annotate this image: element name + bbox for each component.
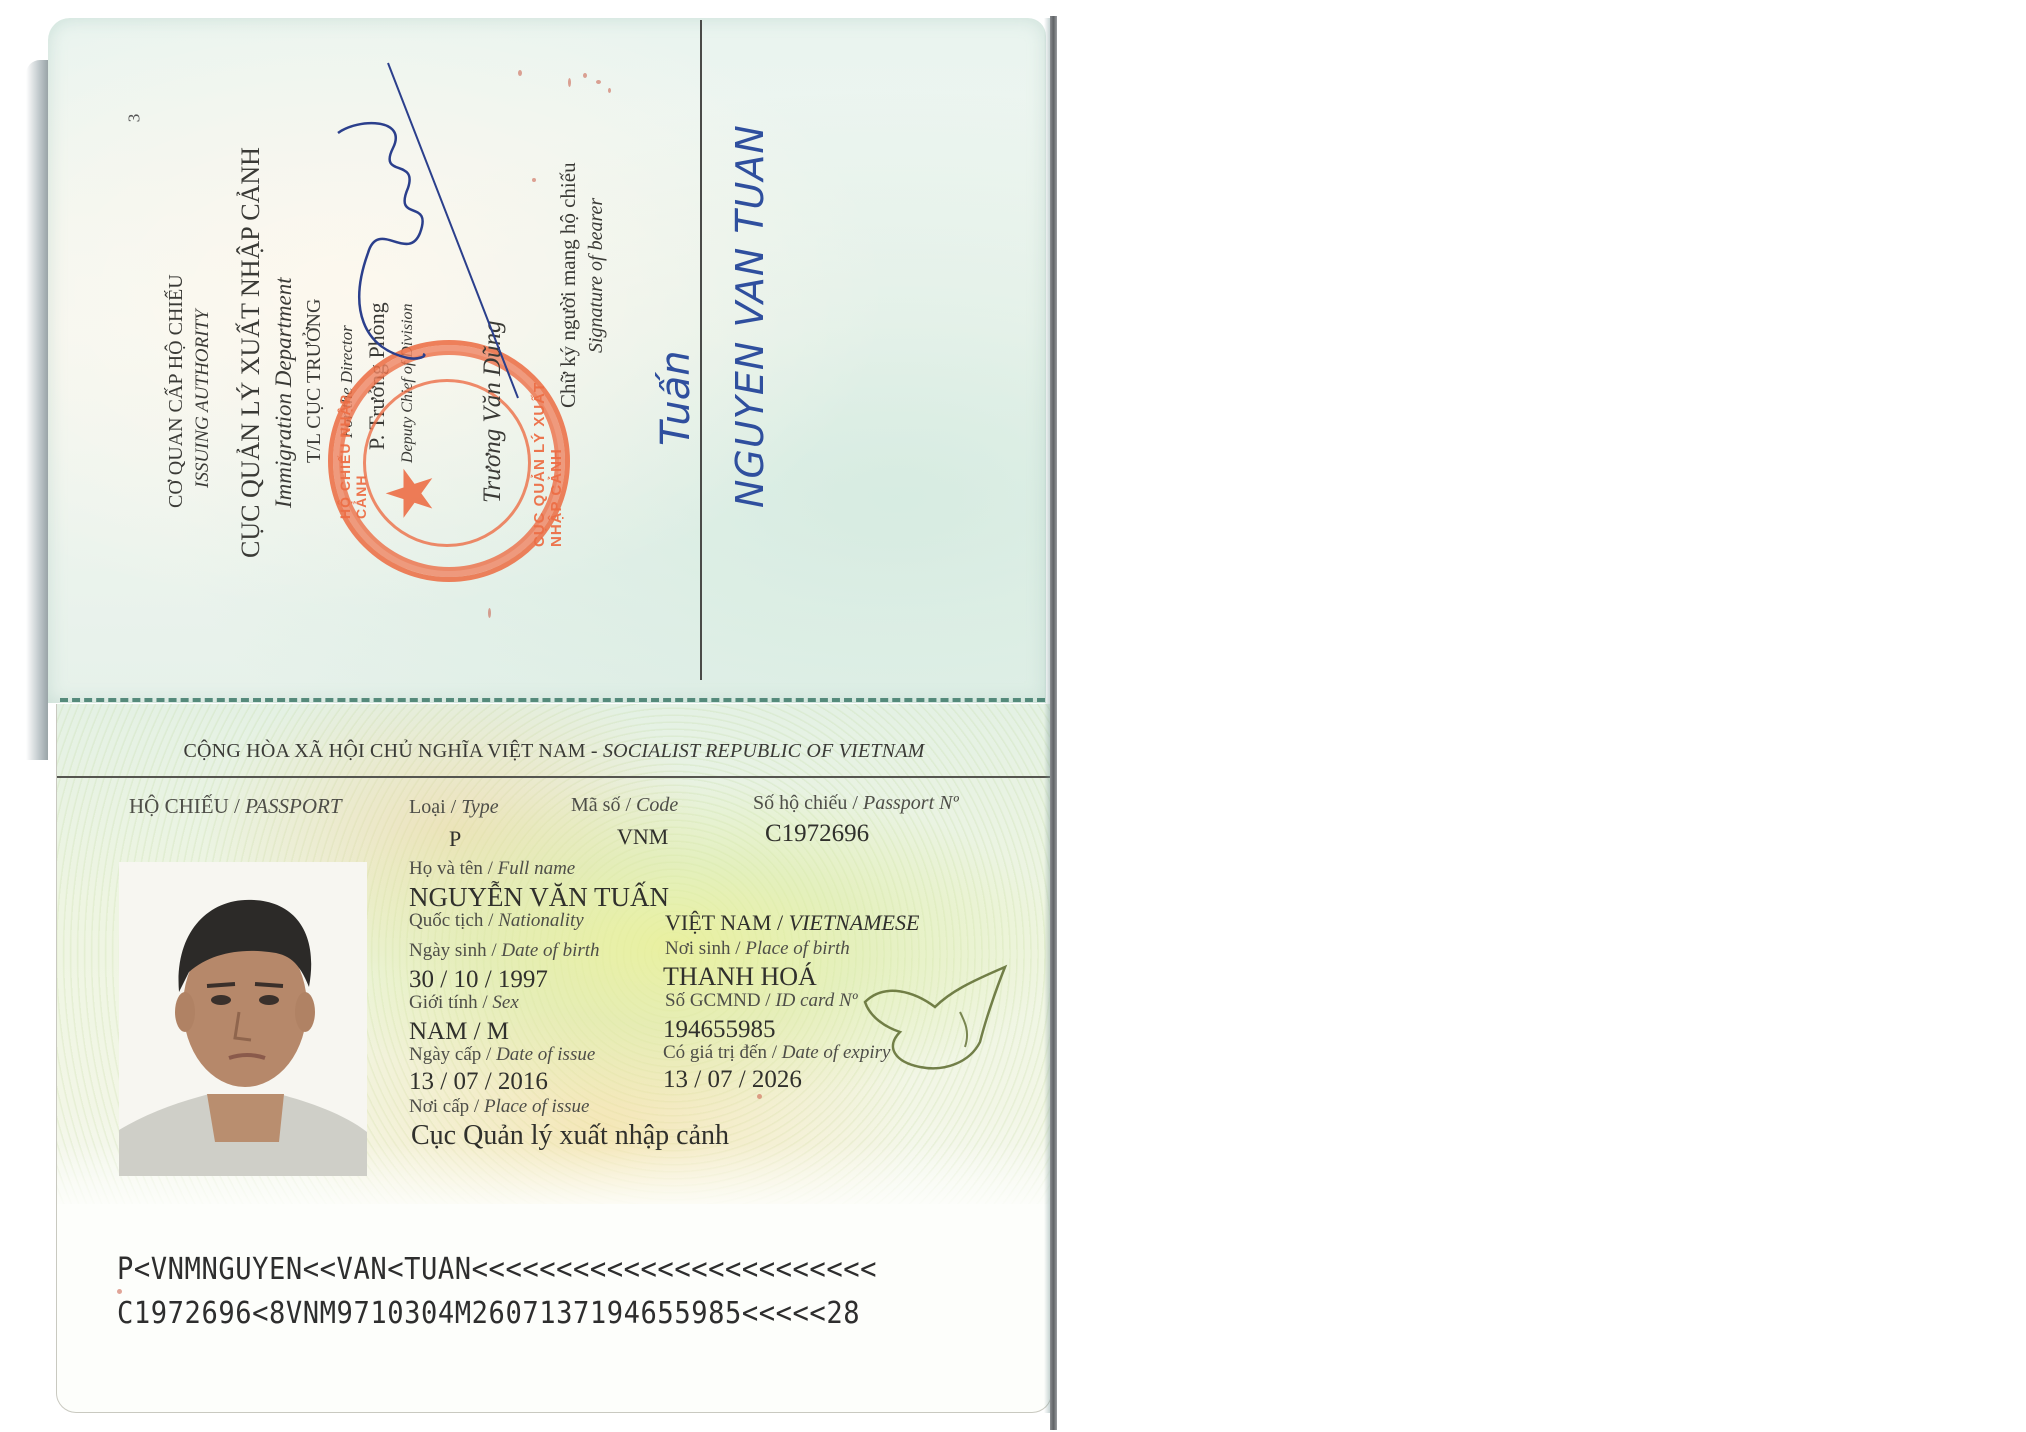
place-of-issue-label-vi: Nơi cấp / [409,1096,484,1117]
type-label-vi: Loại / [409,796,461,818]
sex-label-vi: Giới tính / [409,992,492,1013]
bearer-signature-label-vi: Chữ ký người mang hộ chiếu [558,162,579,408]
portrait-icon [119,862,367,1176]
ink-speck [117,1289,122,1294]
code-label-en: Code [636,794,678,816]
full-name-label-vi: Họ và tên / [409,858,498,879]
nationality-value-vi: VIỆT NAM / [665,910,789,935]
sex-value: NAM / M [409,1018,509,1046]
dove-watermark-icon [855,962,1015,1082]
full-name-value: NGUYỄN VĂN TUẤN [409,882,669,913]
official-signature [48,18,1046,703]
document-label: HỘ CHIẾU / PASSPORT [129,794,342,819]
nationality-value-en: VIETNAMESE [789,910,920,935]
id-card-label-en: ID card Nº [775,990,857,1011]
passport-no-label: Số hộ chiếu / Passport Nº [753,792,959,815]
date-of-issue-label-en: Date of issue [496,1044,595,1065]
date-of-birth-label-en: Date of birth [501,940,599,961]
ink-speck [757,1094,762,1099]
id-card-label-vi: Số GCMND / [665,990,775,1011]
passport-no-label-vi: Số hộ chiếu / [753,792,863,814]
code-value: VNM [617,824,668,850]
nationality-label: Quốc tịch / Nationality [409,910,584,932]
document-label-en: PASSPORT [245,794,341,818]
date-of-expiry-value: 13 / 07 / 2026 [663,1066,802,1094]
nationality-value: VIỆT NAM / VIETNAMESE [665,910,919,936]
document-label-vi: HỘ CHIẾU / [129,794,245,818]
date-of-birth-value: 30 / 10 / 1997 [409,966,548,994]
bearer-signature-label-en: Signature of bearer [586,198,606,353]
bearer-handwritten-signature: Tuấn [653,350,699,446]
date-of-expiry-label-vi: Có giá trị đến / [663,1042,782,1063]
scan-edge-line [1050,16,1057,1430]
sex-label: Giới tính / Sex [409,992,519,1014]
place-of-birth-value: THANH HOÁ [663,962,817,992]
passport-no-label-en: Passport Nº [863,792,959,814]
page-perforation [60,698,1045,702]
mrz-line-2: C1972696<8VNM9710304M2607137194655985<<<… [117,1296,860,1331]
place-of-birth-label-vi: Nơi sinh / [665,938,745,959]
place-of-birth-label: Nơi sinh / Place of birth [665,938,850,960]
date-of-issue-value: 13 / 07 / 2016 [409,1068,548,1096]
passport-no-value: C1972696 [765,820,869,848]
id-card-value: 194655985 [663,1016,776,1044]
booklet-left-shadow [26,60,48,760]
sex-label-en: Sex [492,992,518,1013]
type-value: P [449,826,461,852]
id-card-label: Số GCMND / ID card Nº [665,990,858,1012]
place-of-issue-value: Cục Quản lý xuất nhập cảnh [411,1120,729,1152]
code-label: Mã số / Code [571,794,678,817]
date-of-issue-label: Ngày cấp / Date of issue [409,1044,595,1066]
passport-data-page: CỘNG HÒA XÃ HỘI CHỦ NGHĨA VIỆT NAM - SOC… [56,704,1052,1413]
date-of-birth-label: Ngày sinh / Date of birth [409,940,600,962]
country-header: CỘNG HÒA XÃ HỘI CHỦ NGHĨA VIỆT NAM - SOC… [57,740,1051,763]
observation-page: 3 CƠ QUAN CẤP HỘ CHIẾU ISSUING AUTHORITY… [48,18,1046,703]
full-name-label: Họ và tên / Full name [409,858,575,880]
place-of-birth-label-en: Place of birth [745,938,849,959]
type-label: Loại / Type [409,796,499,819]
mrz-line-1: P<VNMNGUYEN<<VAN<TUAN<<<<<<<<<<<<<<<<<<<… [117,1252,877,1287]
code-label-vi: Mã số / [571,794,636,816]
country-header-en: SOCIALIST REPUBLIC OF VIETNAM [603,740,925,762]
nationality-label-vi: Quốc tịch / [409,910,498,931]
place-of-issue-label-en: Place of issue [484,1096,590,1117]
nationality-label-en: Nationality [498,910,584,931]
type-label-en: Type [461,796,498,818]
place-of-issue-label: Nơi cấp / Place of issue [409,1096,589,1118]
bearer-handwritten-name: NGUYEN VAN TUAN [728,124,772,508]
date-of-issue-label-vi: Ngày cấp / [409,1044,496,1065]
header-rule [57,776,1051,778]
full-name-label-en: Full name [498,858,576,879]
country-header-vi: CỘNG HÒA XÃ HỘI CHỦ NGHĨA VIỆT NAM - [184,740,603,762]
date-of-birth-label-vi: Ngày sinh / [409,940,501,961]
portrait-photo [119,862,367,1176]
